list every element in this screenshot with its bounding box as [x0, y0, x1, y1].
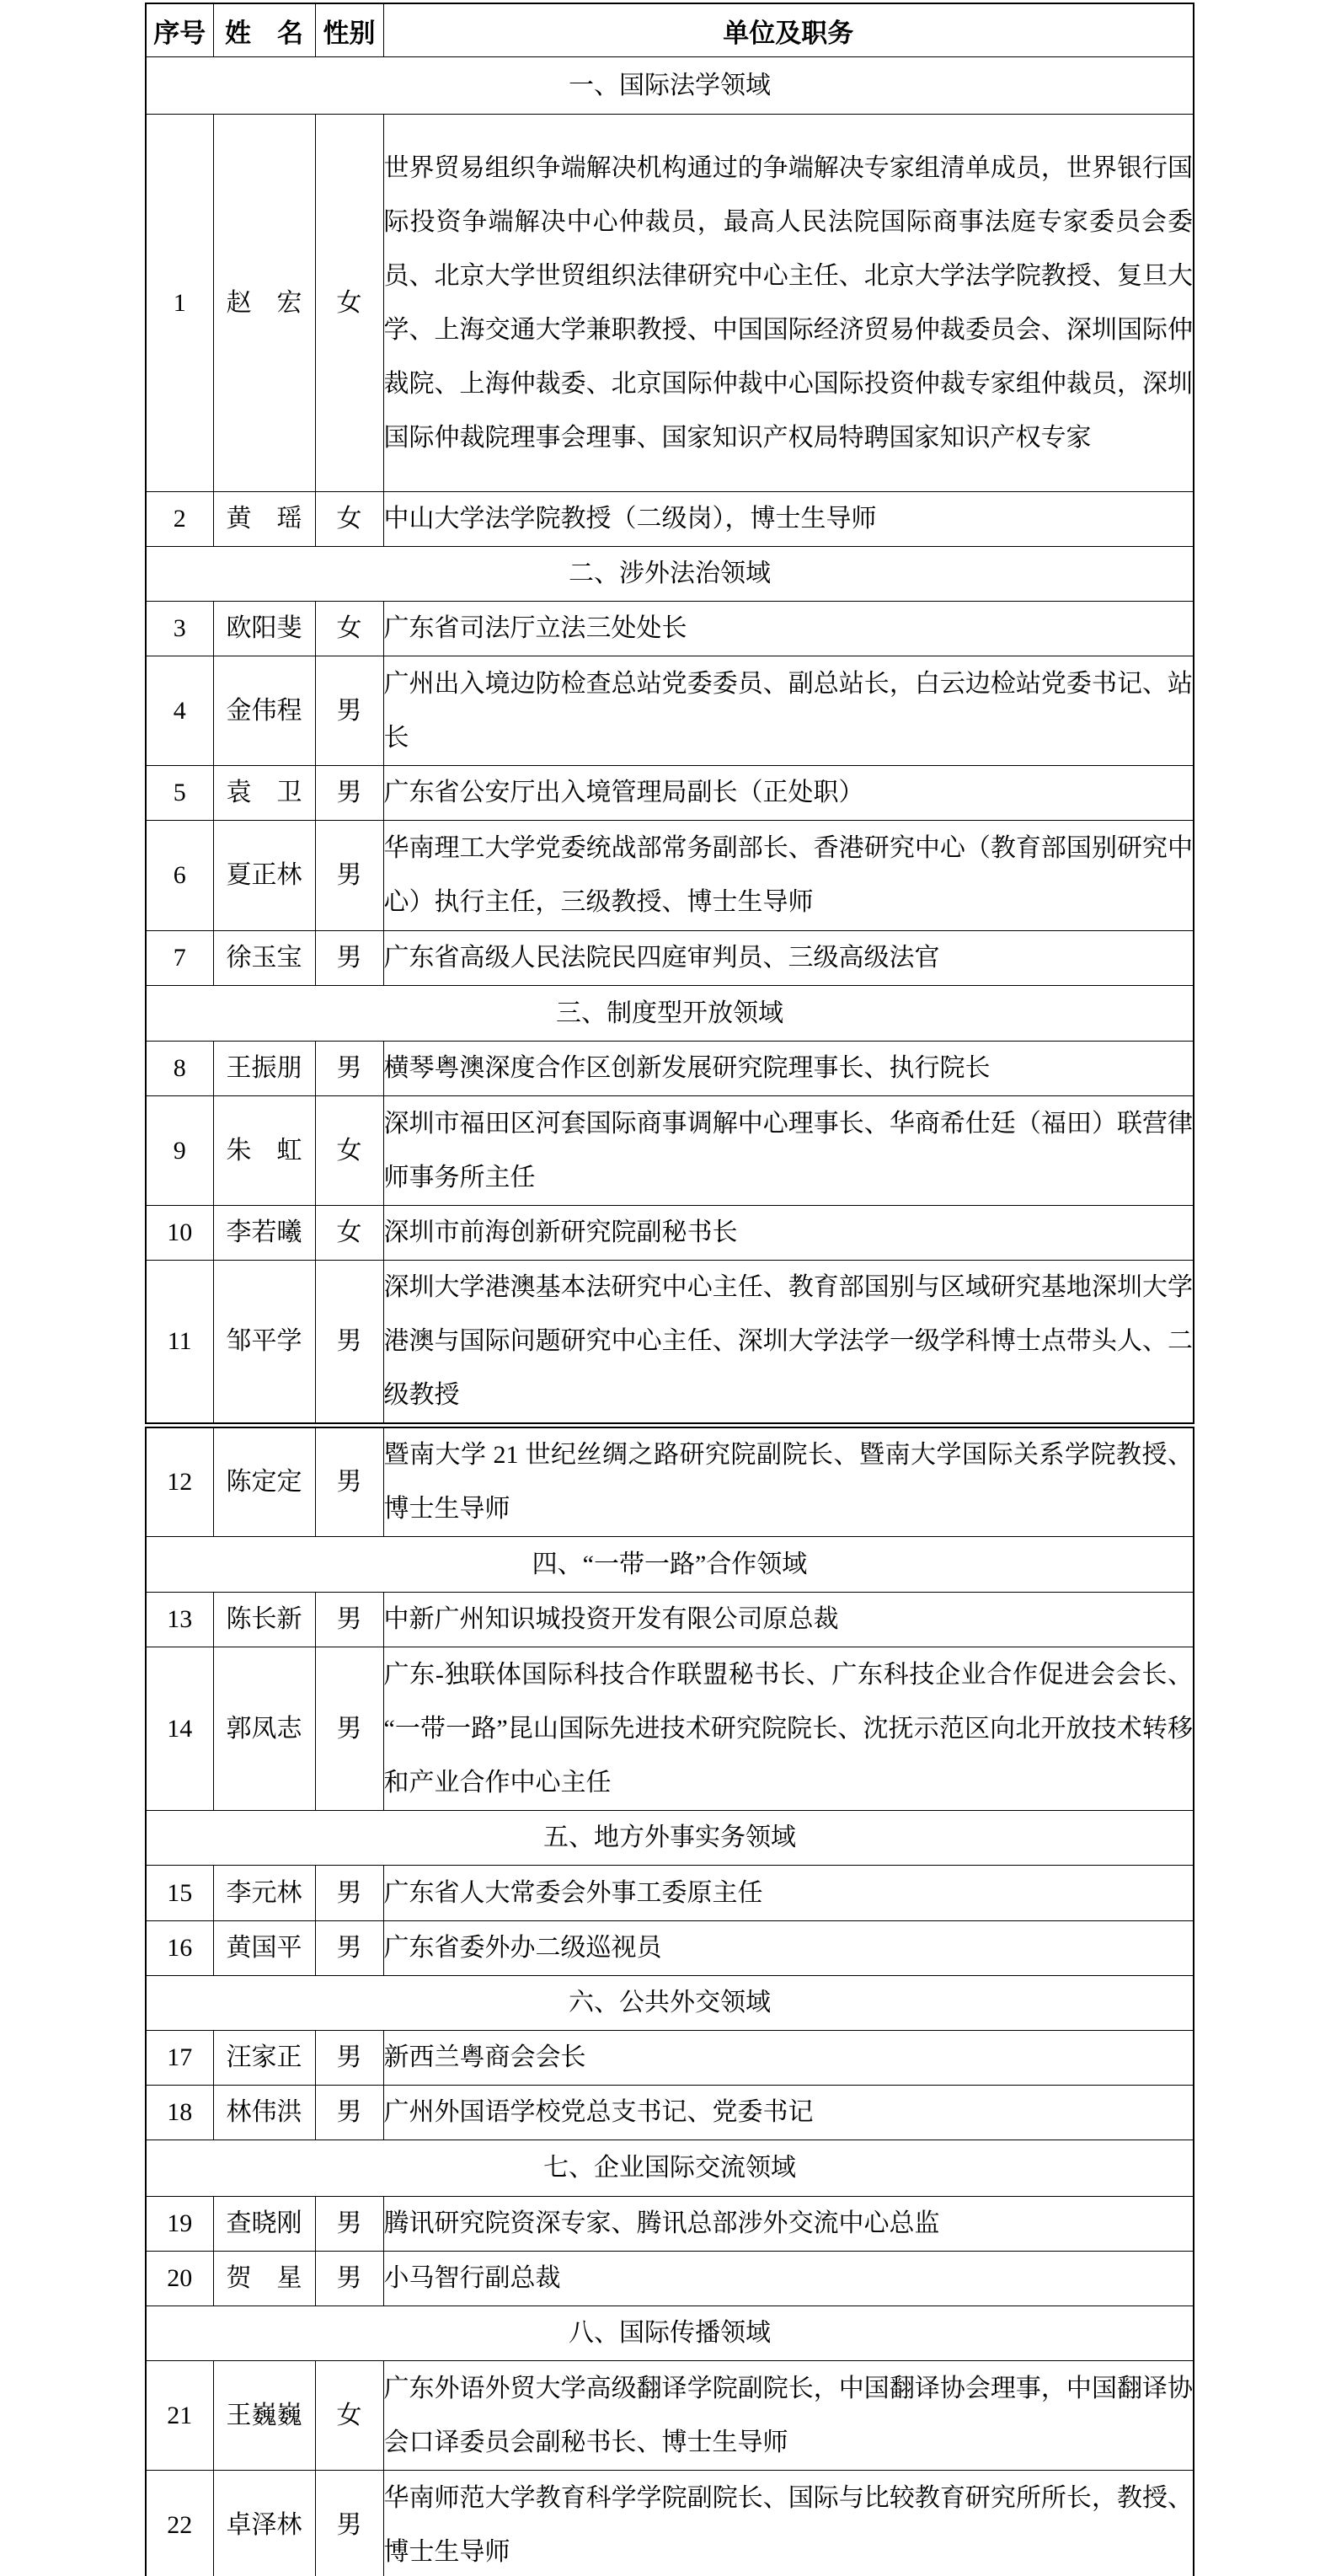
- position-cell: 横琴粤澳深度合作区创新发展研究院理事长、执行院长: [383, 1042, 1194, 1096]
- position-cell: 华南师范大学教育科学学院副院长、国际与比较教育研究所所长，教授、博士生导师: [383, 2471, 1194, 2576]
- section-row: 一、国际法学领域: [146, 57, 1194, 115]
- row-number-cell: 21: [146, 2361, 213, 2471]
- experts-table-body: 一、国际法学领域1赵 宏女世界贸易组织争端解决机构通过的争端解决专家组清单成员，…: [146, 57, 1194, 2576]
- row-number-cell: 13: [146, 1593, 213, 1647]
- table-row: 19查晓刚男腾讯研究院资深专家、腾讯总部涉外交流中心总监: [146, 2197, 1194, 2252]
- name-cell: 王巍巍: [213, 2361, 315, 2471]
- name-cell: 贺 星: [213, 2252, 315, 2306]
- gender-cell: 女: [315, 492, 383, 547]
- name-cell: 夏正林: [213, 821, 315, 931]
- table-row: 2黄 瑶女中山大学法学院教授（二级岗），博士生导师: [146, 492, 1194, 547]
- section-title: 一、国际法学领域: [146, 57, 1194, 115]
- position-cell: 广东省人大常委会外事工委原主任: [383, 1866, 1194, 1921]
- row-number-cell: 14: [146, 1647, 213, 1811]
- gender-cell: 女: [315, 1206, 383, 1261]
- row-number-cell: 7: [146, 931, 213, 986]
- gender-cell: 男: [315, 2252, 383, 2306]
- section-title: 四、“一带一路”合作领域: [146, 1537, 1194, 1593]
- section-row: 八、国际传播领域: [146, 2306, 1194, 2361]
- row-number-cell: 11: [146, 1261, 213, 1426]
- gender-cell: 女: [315, 2361, 383, 2471]
- position-cell: 深圳市前海创新研究院副秘书长: [383, 1206, 1194, 1261]
- table-row: 11邹平学男深圳大学港澳基本法研究中心主任、教育部国别与区域研究基地深圳大学港澳…: [146, 1261, 1194, 1426]
- section-title: 六、公共外交领域: [146, 1976, 1194, 2031]
- name-cell: 邹平学: [213, 1261, 315, 1426]
- gender-cell: 男: [315, 2031, 383, 2086]
- table-row: 5袁 卫男广东省公安厅出入境管理局副长（正处职）: [146, 766, 1194, 821]
- gender-cell: 男: [315, 766, 383, 821]
- position-cell: 广东外语外贸大学高级翻译学院副院长，中国翻译协会理事，中国翻译协会口译委员会副秘…: [383, 2361, 1194, 2471]
- name-cell: 李若曦: [213, 1206, 315, 1261]
- gender-cell: 男: [315, 1426, 383, 1537]
- position-cell: 腾讯研究院资深专家、腾讯总部涉外交流中心总监: [383, 2197, 1194, 2252]
- row-number-cell: 1: [146, 115, 213, 492]
- section-row: 四、“一带一路”合作领域: [146, 1537, 1194, 1593]
- gender-cell: 女: [315, 115, 383, 492]
- section-row: 二、涉外法治领域: [146, 547, 1194, 602]
- row-number-cell: 19: [146, 2197, 213, 2252]
- name-cell: 黄国平: [213, 1921, 315, 1976]
- position-cell: 广东省公安厅出入境管理局副长（正处职）: [383, 766, 1194, 821]
- gender-cell: 女: [315, 1096, 383, 1206]
- row-number-cell: 22: [146, 2471, 213, 2576]
- table-row: 13陈长新男中新广州知识城投资开发有限公司原总裁: [146, 1593, 1194, 1647]
- section-row: 七、企业国际交流领域: [146, 2140, 1194, 2197]
- name-cell: 林伟洪: [213, 2086, 315, 2140]
- document-page: 序号 姓 名 性别 单位及职务 一、国际法学领域1赵 宏女世界贸易组织争端解决机…: [0, 0, 1336, 2576]
- col-header-gender: 性别: [315, 3, 383, 57]
- section-title: 八、国际传播领域: [146, 2306, 1194, 2361]
- position-cell: 世界贸易组织争端解决机构通过的争端解决专家组清单成员，世界银行国际投资争端解决中…: [383, 115, 1194, 492]
- position-cell: 广州外国语学校党总支书记、党委书记: [383, 2086, 1194, 2140]
- position-cell: 新西兰粤商会会长: [383, 2031, 1194, 2086]
- name-cell: 王振朋: [213, 1042, 315, 1096]
- gender-cell: 女: [315, 602, 383, 656]
- table-row: 1赵 宏女世界贸易组织争端解决机构通过的争端解决专家组清单成员，世界银行国际投资…: [146, 115, 1194, 492]
- row-number-cell: 4: [146, 656, 213, 766]
- name-cell: 金伟程: [213, 656, 315, 766]
- gender-cell: 男: [315, 1921, 383, 1976]
- row-number-cell: 16: [146, 1921, 213, 1976]
- table-row: 17汪家正男新西兰粤商会会长: [146, 2031, 1194, 2086]
- table-row: 12陈定定男暨南大学 21 世纪丝绸之路研究院副院长、暨南大学国际关系学院教授、…: [146, 1426, 1194, 1537]
- position-cell: 华南理工大学党委统战部常务副部长、香港研究中心（教育部国别研究中心）执行主任，三…: [383, 821, 1194, 931]
- gender-cell: 男: [315, 1261, 383, 1426]
- name-cell: 汪家正: [213, 2031, 315, 2086]
- section-title: 三、制度型开放领域: [146, 986, 1194, 1042]
- gender-cell: 男: [315, 821, 383, 931]
- section-row: 三、制度型开放领域: [146, 986, 1194, 1042]
- row-number-cell: 2: [146, 492, 213, 547]
- section-row: 六、公共外交领域: [146, 1976, 1194, 2031]
- position-cell: 暨南大学 21 世纪丝绸之路研究院副院长、暨南大学国际关系学院教授、博士生导师: [383, 1426, 1194, 1537]
- table-row: 6夏正林男华南理工大学党委统战部常务副部长、香港研究中心（教育部国别研究中心）执…: [146, 821, 1194, 931]
- position-cell: 中新广州知识城投资开发有限公司原总裁: [383, 1593, 1194, 1647]
- section-row: 五、地方外事实务领域: [146, 1811, 1194, 1866]
- position-cell: 广东省司法厅立法三处处长: [383, 602, 1194, 656]
- table-row: 7徐玉宝男广东省高级人民法院民四庭审判员、三级高级法官: [146, 931, 1194, 986]
- table-row: 16黄国平男广东省委外办二级巡视员: [146, 1921, 1194, 1976]
- gender-cell: 男: [315, 1593, 383, 1647]
- position-cell: 广东省高级人民法院民四庭审判员、三级高级法官: [383, 931, 1194, 986]
- name-cell: 黄 瑶: [213, 492, 315, 547]
- position-cell: 广东省委外办二级巡视员: [383, 1921, 1194, 1976]
- name-cell: 查晓刚: [213, 2197, 315, 2252]
- table-row: 22卓泽林男华南师范大学教育科学学院副院长、国际与比较教育研究所所长，教授、博士…: [146, 2471, 1194, 2576]
- name-cell: 徐玉宝: [213, 931, 315, 986]
- table-row: 9朱 虹女深圳市福田区河套国际商事调解中心理事长、华商希仕廷（福田）联营律师事务…: [146, 1096, 1194, 1206]
- section-title: 五、地方外事实务领域: [146, 1811, 1194, 1866]
- row-number-cell: 9: [146, 1096, 213, 1206]
- row-number-cell: 15: [146, 1866, 213, 1921]
- gender-cell: 男: [315, 2086, 383, 2140]
- table-row: 18林伟洪男广州外国语学校党总支书记、党委书记: [146, 2086, 1194, 2140]
- position-cell: 中山大学法学院教授（二级岗），博士生导师: [383, 492, 1194, 547]
- row-number-cell: 8: [146, 1042, 213, 1096]
- row-number-cell: 17: [146, 2031, 213, 2086]
- gender-cell: 男: [315, 931, 383, 986]
- header-row: 序号 姓 名 性别 单位及职务: [146, 3, 1194, 57]
- position-cell: 广东-独联体国际科技合作联盟秘书长、广东科技企业合作促进会会长、“一带一路”昆山…: [383, 1647, 1194, 1811]
- col-header-name: 姓 名: [213, 3, 315, 57]
- table-row: 10李若曦女深圳市前海创新研究院副秘书长: [146, 1206, 1194, 1261]
- table-row: 15李元林男广东省人大常委会外事工委原主任: [146, 1866, 1194, 1921]
- name-cell: 陈定定: [213, 1426, 315, 1537]
- row-number-cell: 18: [146, 2086, 213, 2140]
- col-header-position: 单位及职务: [383, 3, 1194, 57]
- name-cell: 赵 宏: [213, 115, 315, 492]
- position-cell: 深圳市福田区河套国际商事调解中心理事长、华商希仕廷（福田）联营律师事务所主任: [383, 1096, 1194, 1206]
- position-cell: 小马智行副总裁: [383, 2252, 1194, 2306]
- name-cell: 郭凤志: [213, 1647, 315, 1811]
- name-cell: 朱 虹: [213, 1096, 315, 1206]
- gender-cell: 男: [315, 2197, 383, 2252]
- position-cell: 广州出入境边防检查总站党委委员、副总站长，白云边检站党委书记、站长: [383, 656, 1194, 766]
- row-number-cell: 20: [146, 2252, 213, 2306]
- table-row: 8王振朋男横琴粤澳深度合作区创新发展研究院理事长、执行院长: [146, 1042, 1194, 1096]
- gender-cell: 男: [315, 1647, 383, 1811]
- table-row: 3欧阳斐女广东省司法厅立法三处处长: [146, 602, 1194, 656]
- row-number-cell: 6: [146, 821, 213, 931]
- row-number-cell: 5: [146, 766, 213, 821]
- gender-cell: 男: [315, 1866, 383, 1921]
- row-number-cell: 10: [146, 1206, 213, 1261]
- gender-cell: 男: [315, 656, 383, 766]
- gender-cell: 男: [315, 2471, 383, 2576]
- name-cell: 陈长新: [213, 1593, 315, 1647]
- section-title: 七、企业国际交流领域: [146, 2140, 1194, 2197]
- table-row: 20贺 星男小马智行副总裁: [146, 2252, 1194, 2306]
- row-number-cell: 12: [146, 1426, 213, 1537]
- name-cell: 欧阳斐: [213, 602, 315, 656]
- col-header-number: 序号: [146, 3, 213, 57]
- table-row: 21王巍巍女广东外语外贸大学高级翻译学院副院长，中国翻译协会理事，中国翻译协会口…: [146, 2361, 1194, 2471]
- table-row: 4金伟程男广州出入境边防检查总站党委委员、副总站长，白云边检站党委书记、站长: [146, 656, 1194, 766]
- gender-cell: 男: [315, 1042, 383, 1096]
- name-cell: 袁 卫: [213, 766, 315, 821]
- section-title: 二、涉外法治领域: [146, 547, 1194, 602]
- name-cell: 卓泽林: [213, 2471, 315, 2576]
- row-number-cell: 3: [146, 602, 213, 656]
- name-cell: 李元林: [213, 1866, 315, 1921]
- position-cell: 深圳大学港澳基本法研究中心主任、教育部国别与区域研究基地深圳大学港澳与国际问题研…: [383, 1261, 1194, 1426]
- table-row: 14郭凤志男广东-独联体国际科技合作联盟秘书长、广东科技企业合作促进会会长、“一…: [146, 1647, 1194, 1811]
- experts-table: 序号 姓 名 性别 单位及职务 一、国际法学领域1赵 宏女世界贸易组织争端解决机…: [145, 3, 1194, 2576]
